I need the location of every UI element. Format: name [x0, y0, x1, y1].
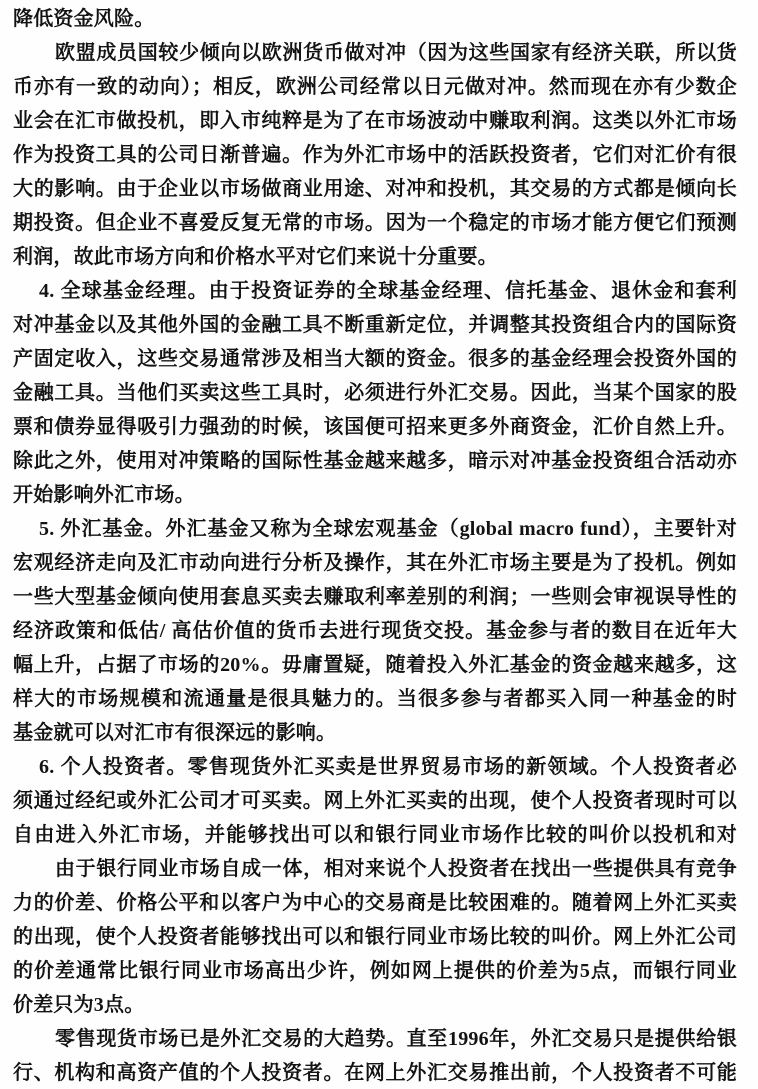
text-line: 降低资金风险。 — [13, 2, 737, 36]
paragraph-interbank-market: 由于银行同业市场自成一体，相对来说个人投资者在找出一些提供具有竞争 力的价差、价… — [13, 852, 737, 1022]
text-line: 利润，故此市场方向和价格水平对它们来说十分重要。 — [13, 240, 737, 274]
paragraph-4-global-fund-managers: 4. 全球基金经理。由于投资证券的全球基金经理、信托基金、退休金和套利 对冲基金… — [13, 274, 737, 512]
text-line: 作为投资工具的公司日渐普遍。作为外汇市场中的活跃投资者，它们对汇价有很 — [13, 138, 737, 172]
paragraph-continuation: 降低资金风险。 — [13, 2, 737, 36]
text-line: 除此之外，使用对冲策略的国际性基金越来越多，暗示对冲基金投资组合活动亦 — [13, 444, 737, 478]
text-line: 期投资。但企业不喜爱反复无常的市场。因为一个稳定的市场才能方便它们预测 — [13, 206, 737, 240]
text-line: 自由进入外汇市场，并能够找出可以和银行同业市场作比较的叫价以投机和对冲。 — [13, 818, 737, 852]
text-line: 欧盟成员国较少倾向以欧洲货币做对冲（因为这些国家有经济关联，所以货 — [13, 36, 737, 70]
text-line: 对冲基金以及其他外国的金融工具不断重新定位，并调整其投资组合内的国际资 — [13, 308, 737, 342]
text-line: 币亦有一致的动向）；相反，欧洲公司经常以日元做对冲。然而现在亦有少数企 — [13, 70, 737, 104]
text-line: 由于银行同业市场自成一体，相对来说个人投资者在找出一些提供具有竞争 — [13, 852, 737, 886]
text-line: 6. 个人投资者。零售现货外汇买卖是世界贸易市场的新领域。个人投资者必 — [13, 750, 737, 784]
text-line: 基金就可以对汇市有很深远的影响。 — [13, 716, 737, 750]
text-line: 行、机构和高资产值的个人投资者。在网上外汇交易推出前，个人投资者不可能 — [13, 1056, 737, 1089]
text-line: 力的价差、价格公平和以客户为中心的交易商是比较困难的。随着网上外汇买卖 — [13, 886, 737, 920]
text-line: 业会在汇市做投机，即入市纯粹是为了在市场波动中赚取利润。这类以外汇市场 — [13, 104, 737, 138]
text-line: 的出现，使个人投资者能够找出可以和银行同业市场比较的叫价。网上外汇公司 — [13, 920, 737, 954]
paragraph-6-individual-investors: 6. 个人投资者。零售现货外汇买卖是世界贸易市场的新领域。个人投资者必 须通过经… — [13, 750, 737, 852]
text-line: 票和债券显得吸引力强劲的时候，该国便可招来更多外商资金，汇价自然上升。 — [13, 410, 737, 444]
paragraph-eu-hedging: 欧盟成员国较少倾向以欧洲货币做对冲（因为这些国家有经济关联，所以货 币亦有一致的… — [13, 36, 737, 274]
paragraph-5-forex-funds: 5. 外汇基金。外汇基金又称为全球宏观基金（global macro fund）… — [13, 512, 737, 750]
text-line: 金融工具。当他们买卖这些工具时，必须进行外汇交易。因此，当某个国家的股 — [13, 376, 737, 410]
text-line: 价差只为3点。 — [13, 988, 737, 1022]
scanned-page: 降低资金风险。 欧盟成员国较少倾向以欧洲货币做对冲（因为这些国家有经济关联，所以… — [0, 0, 758, 1089]
text-line: 宏观经济走向及汇市动向进行分析及操作，其在外汇市场主要是为了投机。例如 — [13, 546, 737, 580]
text-line: 经济政策和低估/ 高估价值的货币去进行现货交投。基金参与者的数目在近年大 — [13, 614, 737, 648]
text-line: 4. 全球基金经理。由于投资证券的全球基金经理、信托基金、退休金和套利 — [13, 274, 737, 308]
text-line: 产固定收入，这些交易通常涉及相当大额的资金。很多的基金经理会投资外国的 — [13, 342, 737, 376]
text-line: 大的影响。由于企业以市场做商业用途、对冲和投机，其交易的方式都是倾向长 — [13, 172, 737, 206]
text-line: 样大的市场规模和流通量是很具魅力的。当很多参与者都买入同一种基金的时候， — [13, 682, 737, 716]
text-line: 的价差通常比银行同业市场高出少许，例如网上提供的价差为5点，而银行同业 — [13, 954, 737, 988]
text-line: 开始影响外汇市场。 — [13, 478, 737, 512]
text-line: 5. 外汇基金。外汇基金又称为全球宏观基金（global macro fund）… — [13, 512, 737, 546]
text-line: 零售现货市场已是外汇交易的大趋势。直至1996年，外汇交易只是提供给银 — [13, 1022, 737, 1056]
text-line: 一些大型基金倾向使用套息买卖去赚取利率差别的利润；一些则会审视误导性的 — [13, 580, 737, 614]
text-line: 幅上升，占据了市场的20%。毋庸置疑，随着投入外汇基金的资金越来越多，这 — [13, 648, 737, 682]
paragraph-retail-spot-trend: 零售现货市场已是外汇交易的大趋势。直至1996年，外汇交易只是提供给银 行、机构… — [13, 1022, 737, 1089]
text-line: 须通过经纪或外汇公司才可买卖。网上外汇买卖的出现，使个人投资者现时可以 — [13, 784, 737, 818]
